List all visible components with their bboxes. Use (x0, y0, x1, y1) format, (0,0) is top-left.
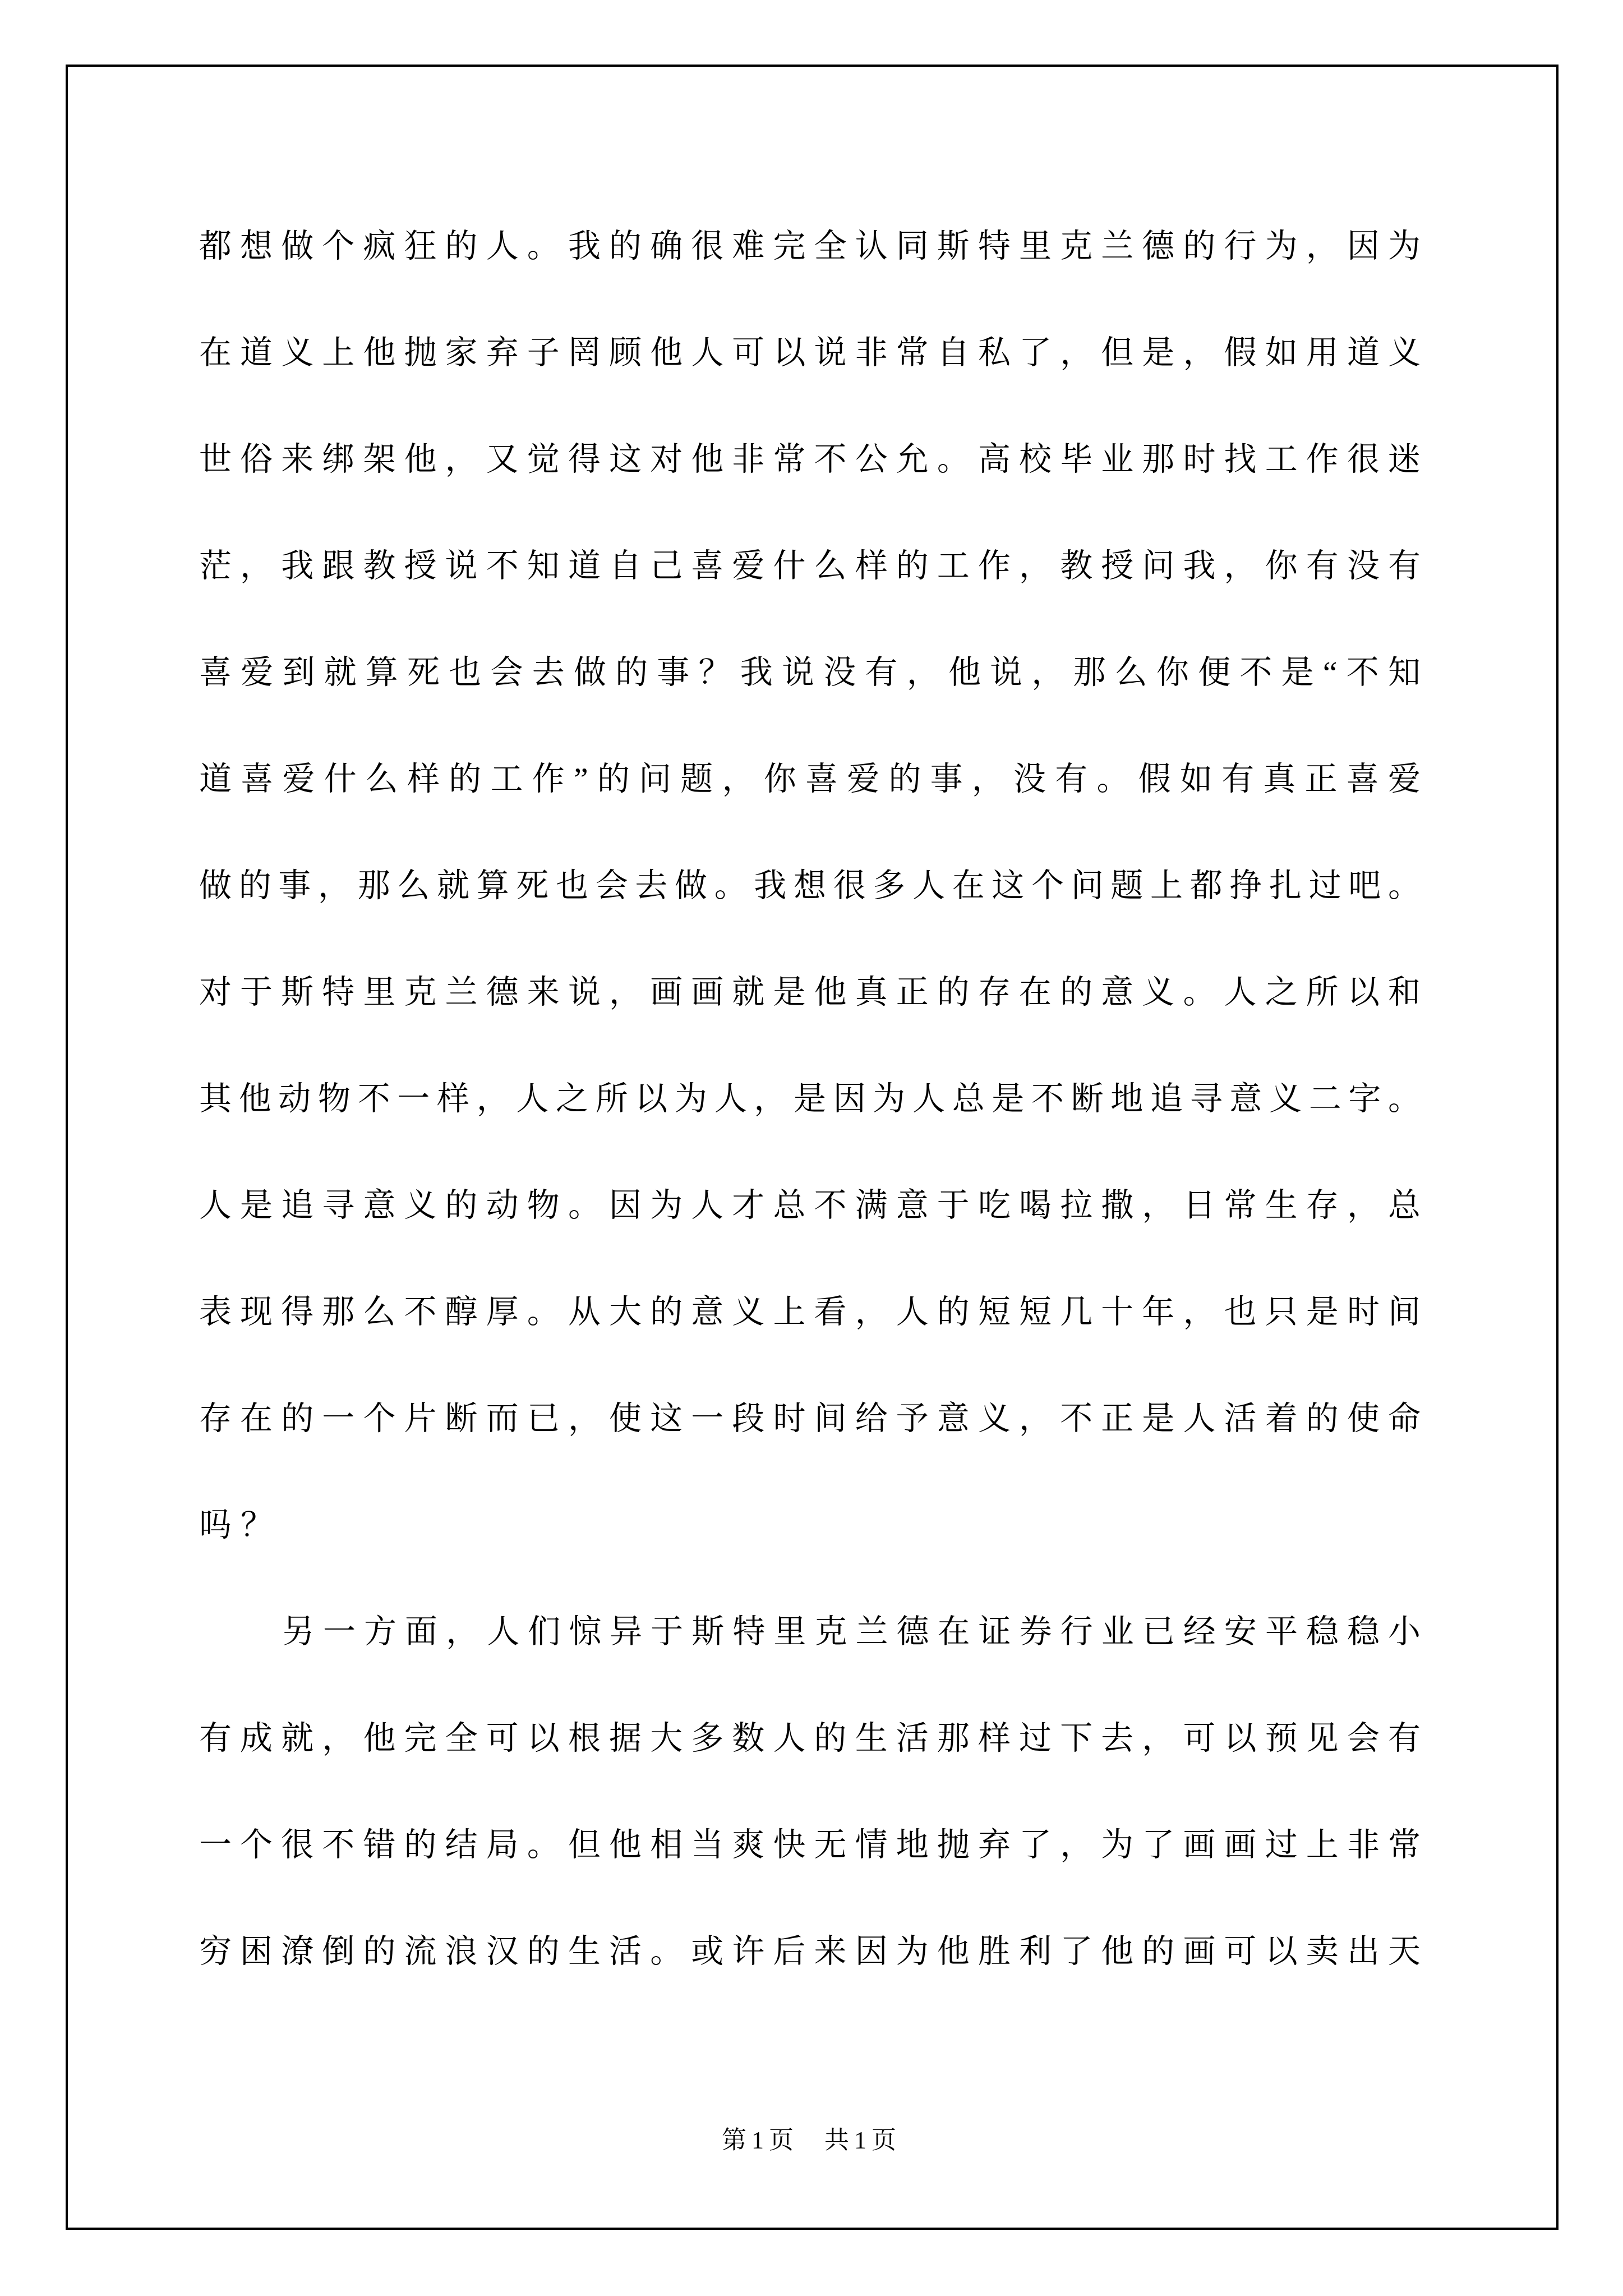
page-footer: 第1页共1页 (0, 2124, 1623, 2157)
text-line: 道喜爱什么样的工作”的问题，你喜爱的事，没有。假如有真正喜爱 (199, 726, 1422, 832)
text-line: 表现得那么不醇厚。从大的意义上看，人的短短几十年，也只是时间 (199, 1259, 1422, 1365)
text-line: 做的事，那么就算死也会去做。我想很多人在这个问题上都挣扎过吧。 (199, 832, 1422, 939)
footer-total-pages: 共1页 (824, 2127, 901, 2154)
text-line: 一个很不错的结局。但他相当爽快无情地抛弃了，为了画画过上非常 (199, 1792, 1422, 1898)
text-line: 世俗来绑架他，又觉得这对他非常不公允。高校毕业那时找工作很迷 (199, 406, 1422, 513)
text-line: 另一方面，人们惊异于斯特里克兰德在证券行业已经安平稳稳小 (199, 1579, 1422, 1685)
footer-page-number: 第1页 (722, 2127, 799, 2154)
text-line: 对于斯特里克兰德来说，画画就是他真正的存在的意义。人之所以和 (199, 939, 1422, 1046)
text-line: 其他动物不一样，人之所以为人，是因为人总是不断地追寻意义二字。 (199, 1046, 1422, 1152)
text-line: 都想做个疯狂的人。我的确很难完全认同斯特里克兰德的行为，因为 (199, 193, 1422, 300)
text-line: 存在的一个片断而已，使这一段时间给予意义，不正是人活着的使命 (199, 1365, 1422, 1472)
document-page: 都想做个疯狂的人。我的确很难完全认同斯特里克兰德的行为，因为在道义上他抛家弃子罔… (0, 0, 1623, 2296)
body-text: 都想做个疯狂的人。我的确很难完全认同斯特里克兰德的行为，因为在道义上他抛家弃子罔… (199, 193, 1422, 2005)
text-line: 茫，我跟教授说不知道自己喜爱什么样的工作，教授问我，你有没有 (199, 513, 1422, 619)
text-line: 人是追寻意义的动物。因为人才总不满意于吃喝拉撒，日常生存，总 (199, 1152, 1422, 1259)
text-line: 喜爱到就算死也会去做的事？我说没有，他说，那么你便不是“不知 (199, 619, 1422, 726)
text-line: 有成就，他完全可以根据大多数人的生活那样过下去，可以预见会有 (199, 1685, 1422, 1792)
text-line: 穷困潦倒的流浪汉的生活。或许后来因为他胜利了他的画可以卖出天 (199, 1898, 1422, 2005)
text-line: 吗？ (199, 1472, 1422, 1579)
text-line: 在道义上他抛家弃子罔顾他人可以说非常自私了，但是，假如用道义 (199, 300, 1422, 406)
